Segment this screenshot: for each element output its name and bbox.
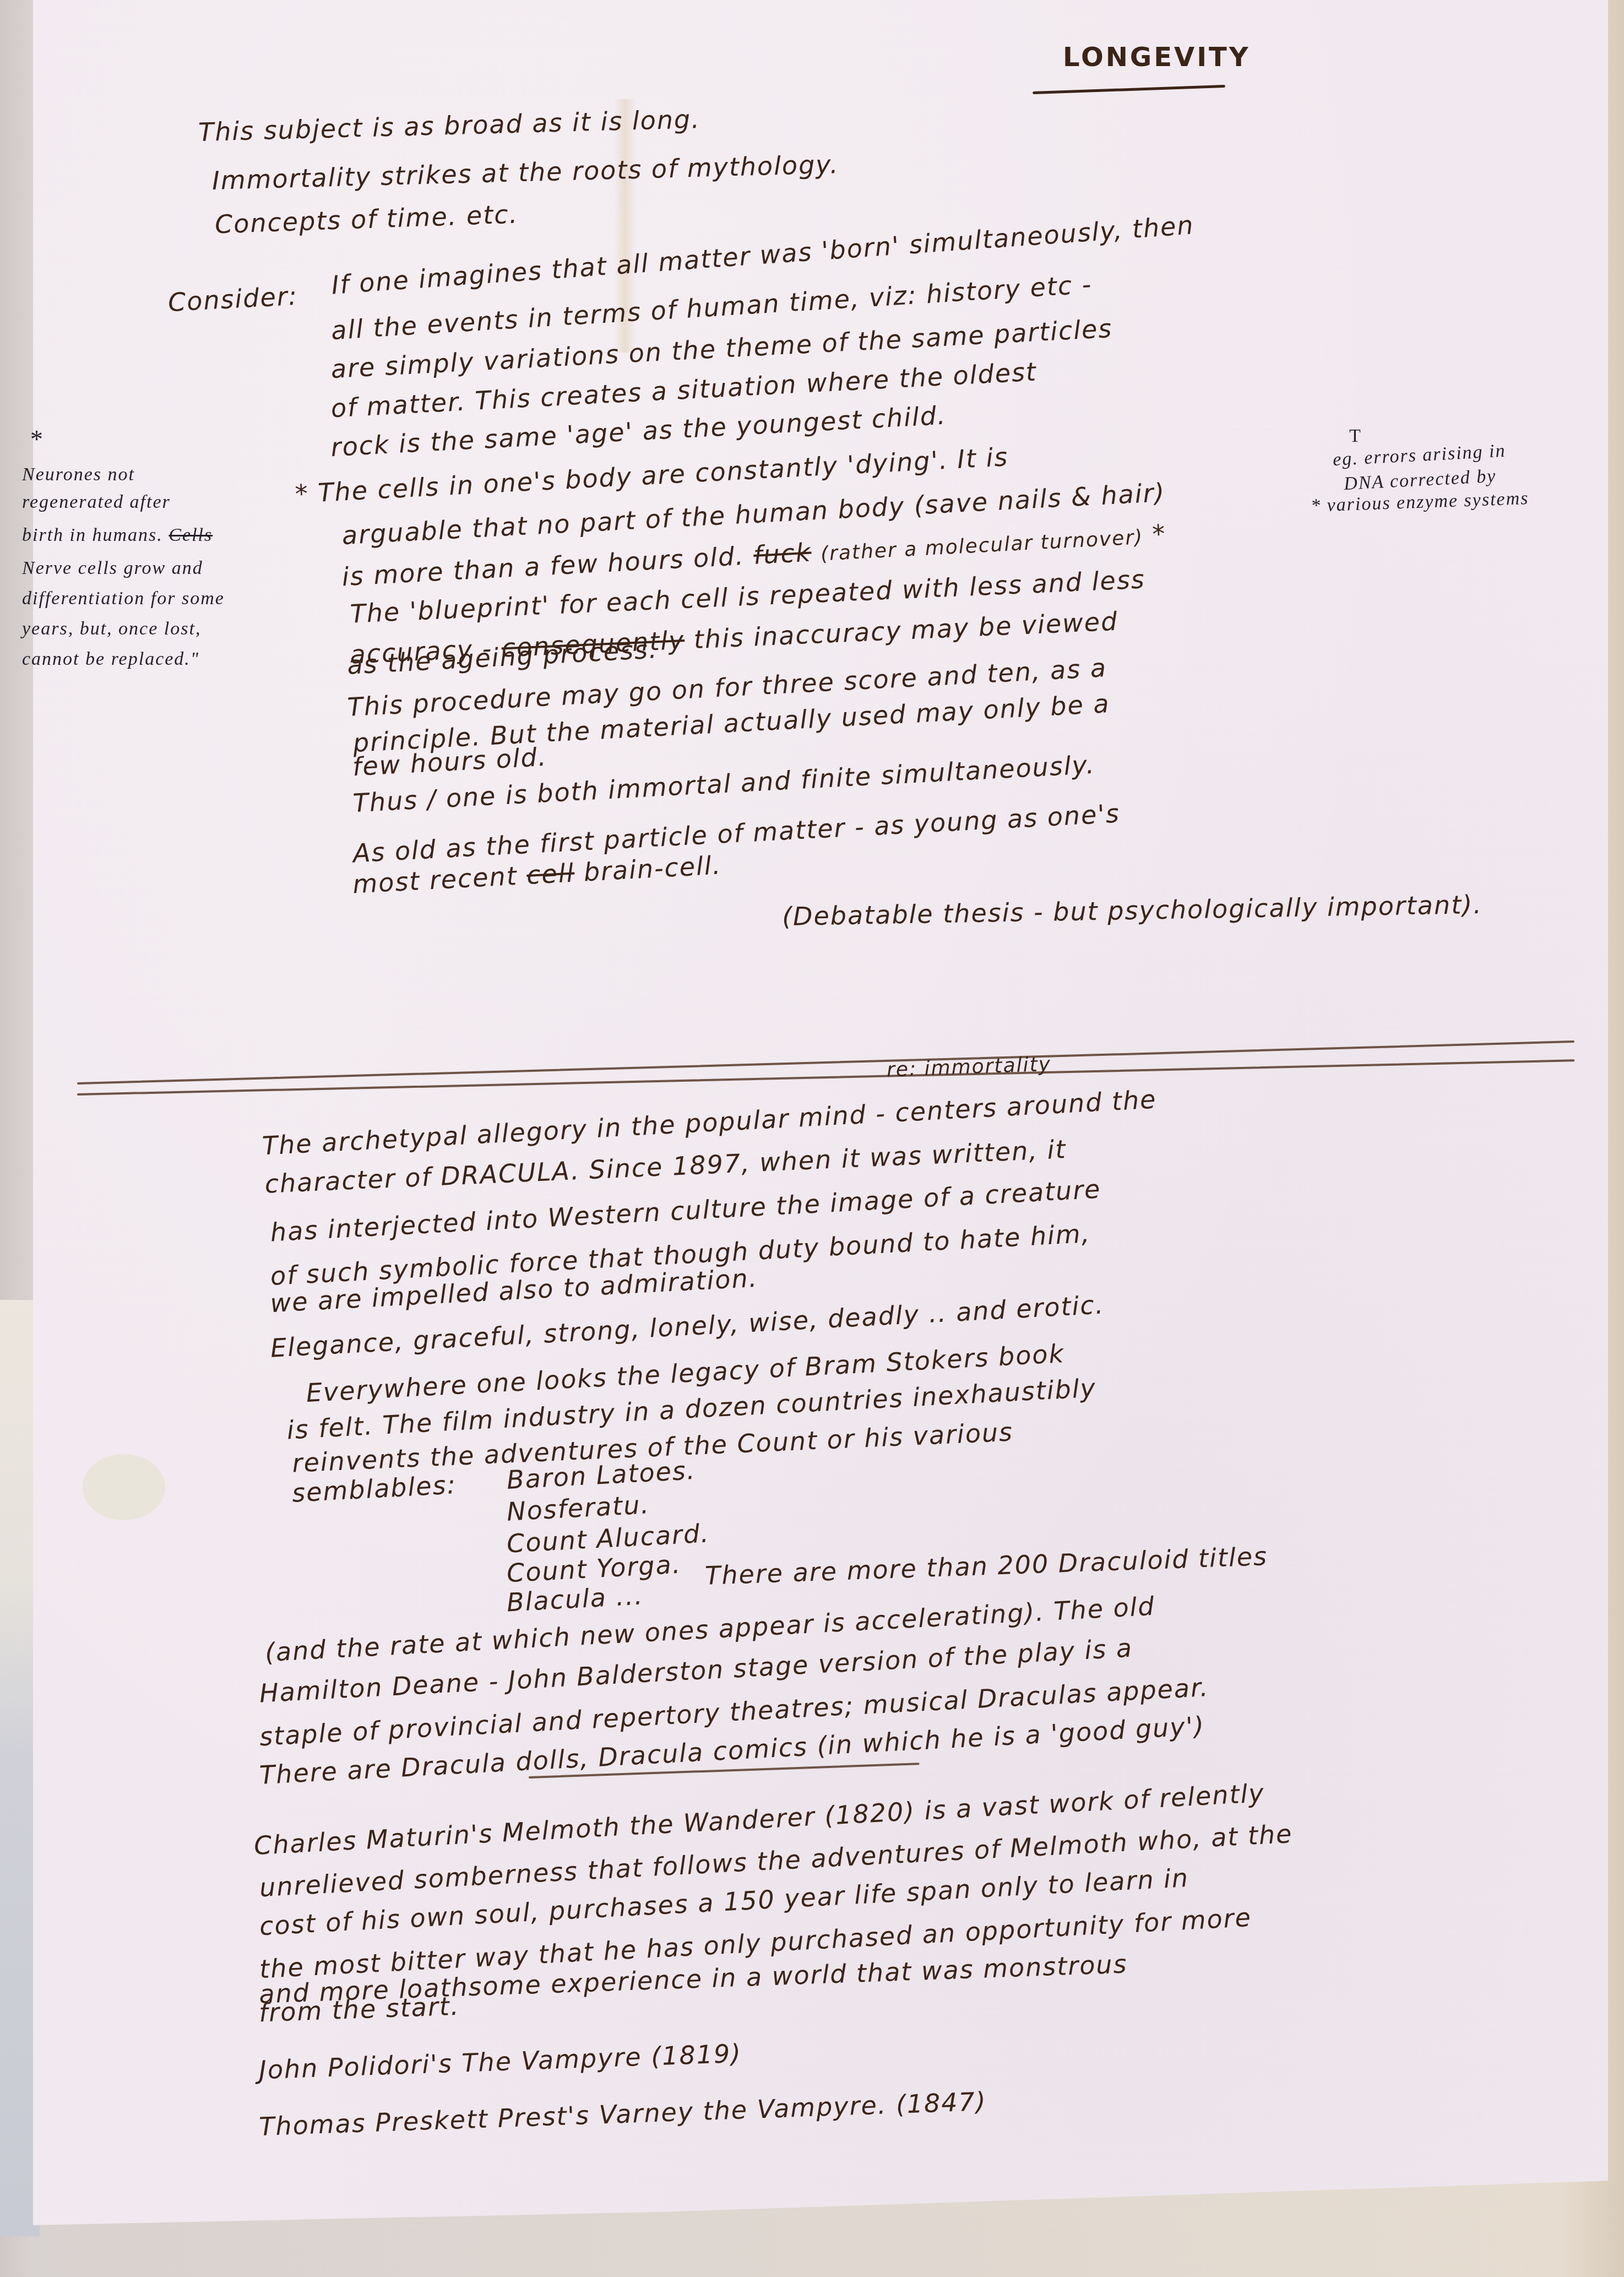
margin-note-line: regenerated after (22, 493, 171, 512)
struck-word: Cells (169, 525, 213, 545)
margin-note-line: birth in humans. Cells (22, 526, 213, 545)
insert-marker: T (1349, 427, 1362, 446)
margin-note-line: cannot be replaced." (22, 650, 199, 669)
page-title: LONGEVITY (1063, 44, 1251, 71)
adhesive-residue (83, 1454, 165, 1520)
inline-asterisk: * (1152, 519, 1167, 549)
margin-note-line: Neurones not (22, 465, 135, 484)
body-line: from the start. (258, 1993, 460, 2026)
insert-note: re: immortality (886, 1055, 1051, 1080)
margin-note-line: Nerve cells grow and (22, 559, 203, 578)
consider-label: Consider: (167, 283, 298, 315)
margin-note-line: differentiation for some (22, 589, 225, 608)
asterisk-icon: * (30, 427, 44, 452)
struck-word: cell (526, 858, 575, 890)
margin-note-text: birth in humans. (22, 525, 163, 545)
struck-word: fuck (753, 538, 812, 570)
semblable-item: Nosferatu. (506, 1492, 650, 1525)
margin-note-line: years, but, once lost, (22, 620, 201, 638)
semblable-item: Blacula ... (506, 1583, 644, 1615)
